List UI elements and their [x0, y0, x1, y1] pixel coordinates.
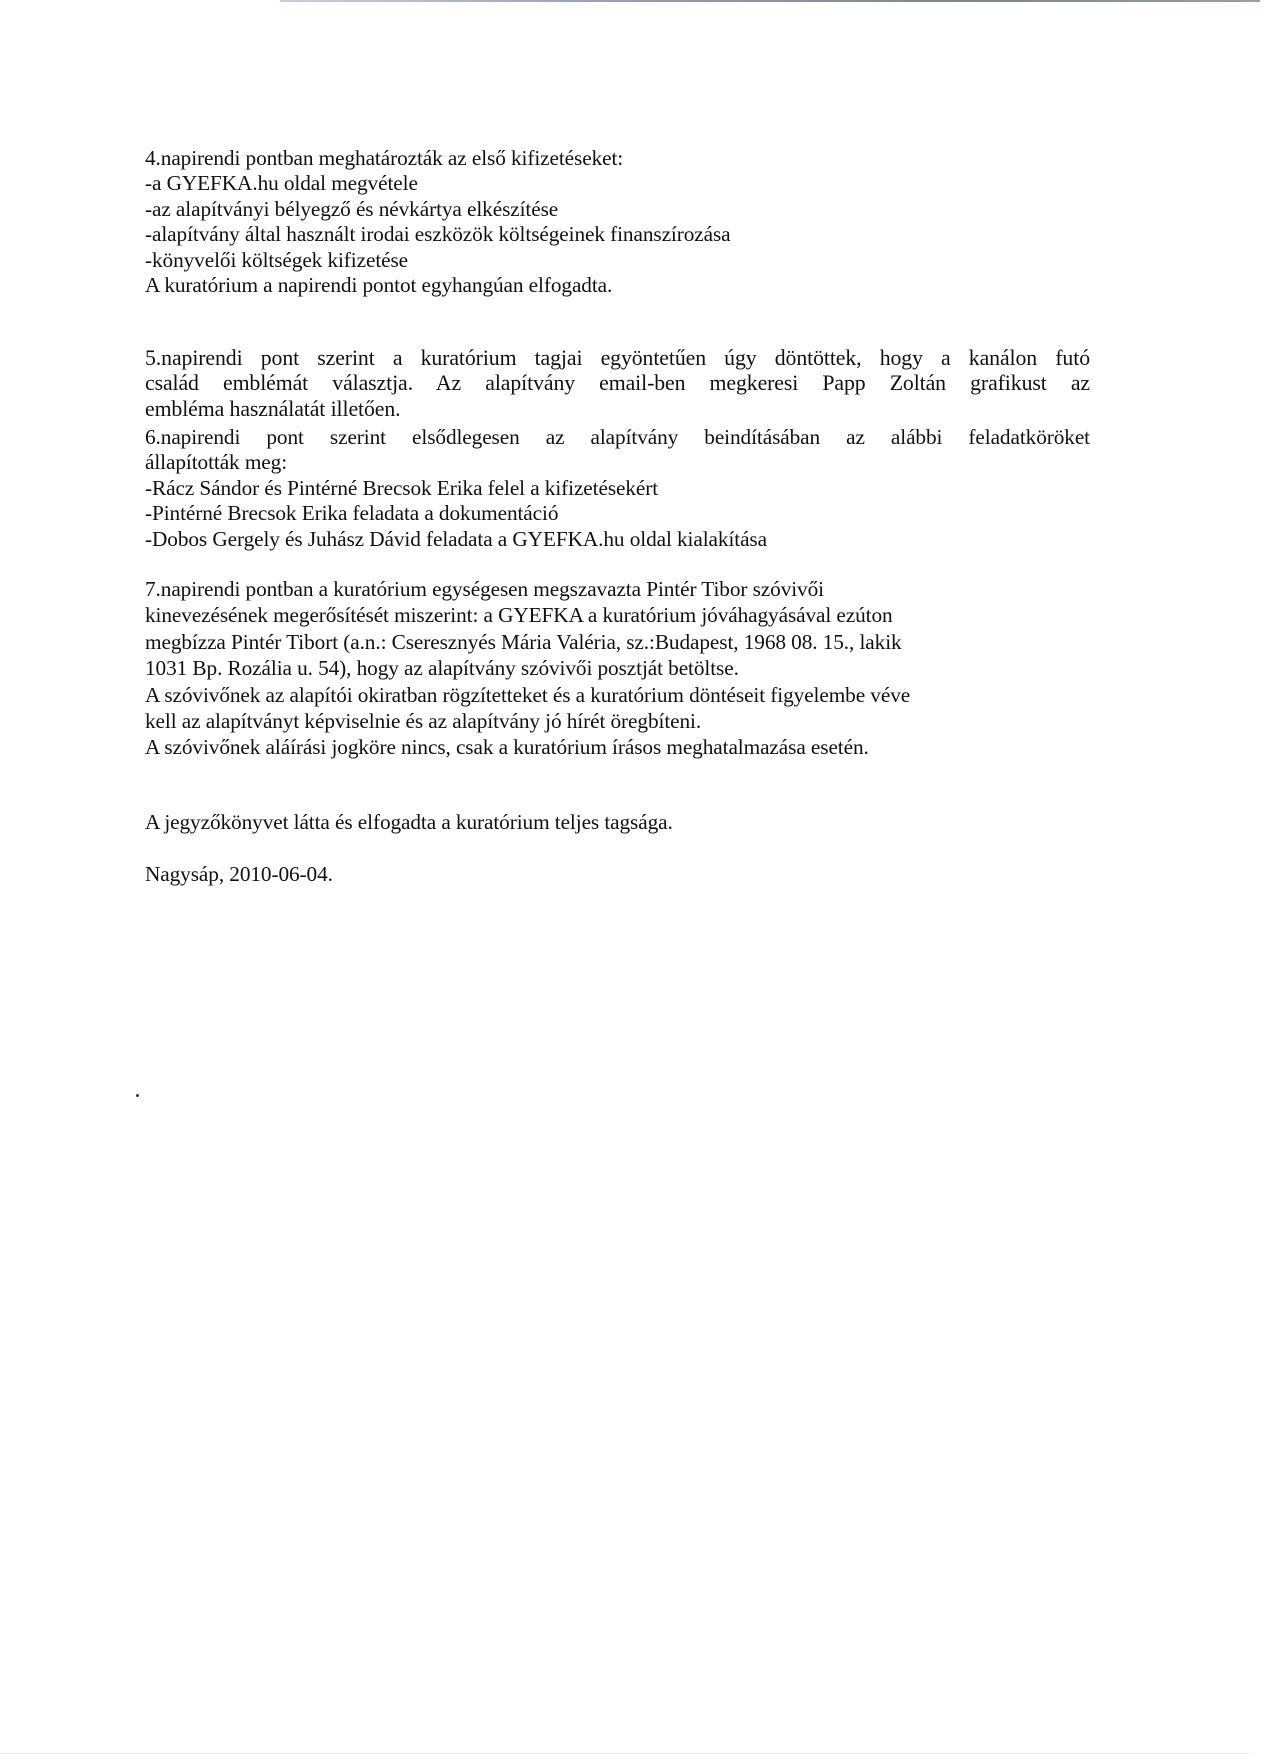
scan-speck: [136, 1094, 139, 1097]
responsibility-item: -Pintérné Brecsok Erika feladata a dokum…: [145, 501, 1090, 526]
responsibility-item: -Dobos Gergely és Juhász Dávid feladata …: [145, 527, 1090, 552]
agenda-item-7-line: A szóvivőnek aláírási jogköre nincs, csa…: [145, 734, 1090, 760]
agenda-item-6-heading-cont: állapították meg:: [145, 450, 1090, 475]
agenda-item-5-line: család emblémát választja. Az alapítvány…: [145, 371, 1090, 396]
agenda-item-6-heading: 6.napirendi pont szerint elsődlegesen az…: [145, 425, 1090, 450]
agenda-item-6: 6.napirendi pont szerint elsődlegesen az…: [145, 425, 1090, 552]
agenda-item-7-line: A szóvivőnek az alapítói okiratban rögzí…: [145, 682, 1090, 708]
agenda-item-5-line: 5.napirendi pont szerint a kuratórium ta…: [145, 346, 1090, 371]
agenda-item-7-line: kinevezésének megerősítését miszerint: a…: [145, 602, 1090, 628]
closing-statement: A jegyzőkönyvet látta és elfogadta a kur…: [145, 810, 673, 835]
agenda-item-4: 4.napirendi pontban meghatározták az els…: [145, 146, 1090, 298]
agenda-item-7-line: kell az alapítványt képviselnie és az al…: [145, 708, 1090, 734]
agenda-item-7: 7.napirendi pontban a kuratórium egysége…: [145, 576, 1090, 761]
agenda-item-5-line: embléma használatát illetően.: [145, 397, 1090, 422]
agenda-item-7-line: 7.napirendi pontban a kuratórium egysége…: [145, 576, 1090, 602]
agenda-item-7-line: megbízza Pintér Tibort (a.n.: Cseresznyé…: [145, 629, 1090, 655]
agenda-item-5: 5.napirendi pont szerint a kuratórium ta…: [145, 346, 1090, 422]
payment-item: -a GYEFKA.hu oldal megvétele: [145, 171, 1090, 196]
payment-item: -az alapítványi bélyegző és névkártya el…: [145, 197, 1090, 222]
place-and-date: Nagysáp, 2010-06-04.: [145, 862, 333, 887]
payment-item: -könyvelői költségek kifizetése: [145, 248, 1090, 273]
agenda-item-4-resolution: A kuratórium a napirendi pontot egyhangú…: [145, 273, 1090, 298]
agenda-item-7-line: 1031 Bp. Rozália u. 54), hogy az alapítv…: [145, 655, 1090, 681]
responsibility-item: -Rácz Sándor és Pintérné Brecsok Erika f…: [145, 476, 1090, 501]
payment-item: -alapítvány által használt irodai eszköz…: [145, 222, 1090, 247]
scan-top-edge: [280, 0, 1260, 2]
agenda-item-4-heading: 4.napirendi pontban meghatározták az els…: [145, 146, 1090, 171]
